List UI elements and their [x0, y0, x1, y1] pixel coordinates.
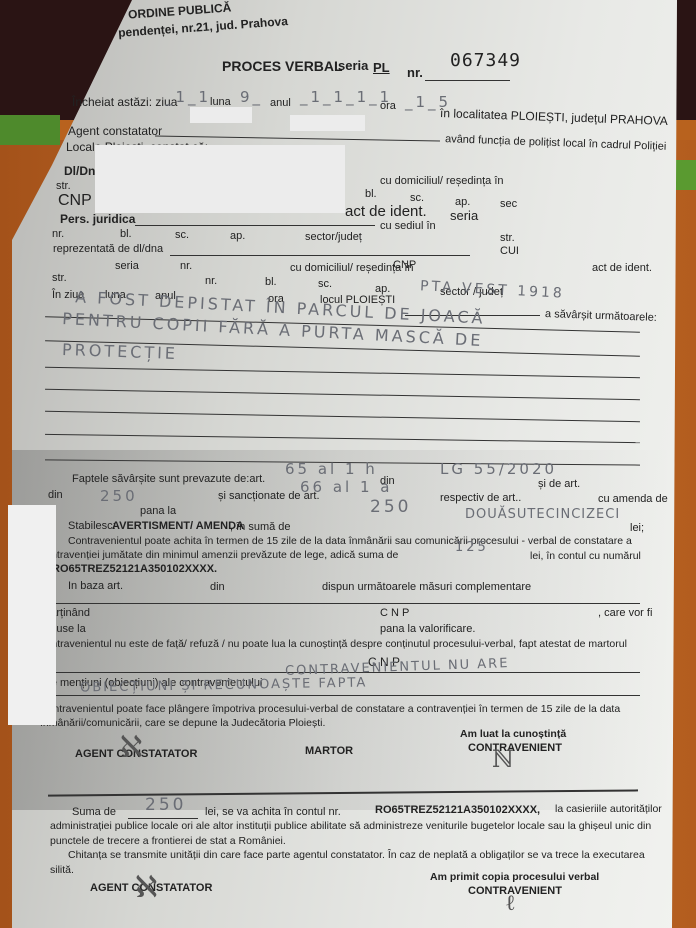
year-value: _1_1_1_1	[300, 88, 392, 106]
witness-text: Contravenientul nu este de față/ refuză …	[38, 638, 627, 650]
agent-label: Agent constatator	[68, 124, 162, 138]
currency-label: lei;	[630, 522, 644, 534]
represented-label: reprezentată de dl/dna	[53, 243, 163, 255]
objections-rule	[50, 695, 640, 696]
law-value: LG 55/2020	[440, 460, 557, 478]
fine-max-value: 250	[370, 497, 411, 517]
and-art-label: și de art.	[538, 478, 580, 490]
payment-text-4: punctele de trecere a frontierei de stat…	[50, 835, 286, 847]
payment-text-5: Chitanța se transmite unității din care …	[68, 849, 645, 861]
received-copy-label: Am primit copia procesului verbal	[430, 871, 599, 883]
redaction-box	[190, 107, 252, 123]
footer-offender-signature: ℓ	[505, 890, 516, 916]
half-text-1: Contravenientul poate achita în termen d…	[68, 535, 632, 547]
sec-label: sec	[500, 198, 517, 210]
payment-text-1: lei, se va achita în contul nr.	[205, 806, 341, 818]
concluded-label: Încheiat astăzi: ziua	[72, 95, 177, 109]
complaint-text-2: înmânării/comunicării, care se depune la…	[40, 717, 325, 729]
until-valorification-label: pana la valorificare.	[380, 623, 475, 635]
complaint-text-1: Contravenientul poate face plângere împo…	[40, 703, 620, 715]
establish-label: Stabilesc:	[68, 520, 116, 532]
based-on-label: In baza art.	[68, 580, 123, 592]
cnp-label: CNP	[393, 259, 416, 271]
payment-text-3: administrației publice locale ori ale al…	[50, 820, 651, 832]
background-grass	[0, 115, 60, 145]
series-label: seria	[338, 58, 368, 73]
bl-label: bl.	[120, 228, 132, 240]
legal-entity-underline	[135, 225, 375, 226]
from2-label: din	[48, 489, 63, 501]
legal-entity-label: Pers. juridica	[60, 212, 135, 226]
bl-label: bl.	[365, 188, 377, 200]
document-number: 067349	[450, 50, 521, 71]
bl2-label: bl.	[265, 276, 277, 288]
day-value: _1_1	[165, 88, 211, 106]
half-value: 125	[455, 540, 489, 555]
ap-label: ap.	[230, 230, 245, 242]
sc-label: sc.	[175, 229, 189, 241]
offender-signature-label: CONTRAVENIENT	[468, 742, 562, 754]
id-series-label: seria	[450, 208, 478, 223]
measures-label: dispun următoarele măsuri complementare	[322, 581, 531, 593]
ap-label: ap.	[455, 196, 470, 208]
document-title: PROCES VERBAL	[222, 58, 343, 74]
sum-underline	[128, 818, 198, 819]
fine-min-value: 250	[100, 487, 138, 505]
id-label: act de ident.	[345, 203, 427, 220]
month-value: 9_	[240, 88, 263, 106]
seat-label: cu sediul în	[380, 220, 436, 232]
fine-label: cu amenda de	[598, 493, 668, 505]
half-text-2: contravenției jumătate din minimul amenz…	[40, 549, 398, 561]
witness-signature-label: MARTOR	[305, 745, 353, 757]
cnp-label: CNP	[58, 192, 92, 210]
cui-label: CUI	[500, 245, 519, 257]
payment-text-2: la casieriile autorităților	[555, 803, 662, 815]
acknowledged-label: Am luat la cunoștință	[460, 728, 566, 740]
number-label: nr.	[407, 65, 423, 80]
payment-account: RO65TREZ52121A350102XXXX,	[375, 804, 540, 816]
establish-type: AVERTISMENT/ AMENDA	[112, 520, 244, 532]
footer-agent-signature: ℵ	[135, 870, 157, 905]
facts-article-value: 65 al 1 h	[285, 460, 378, 478]
respectively-label: respectiv de art..	[440, 492, 521, 504]
belonging-cnp-label: C N P	[380, 607, 409, 619]
nr-label: nr.	[52, 228, 64, 240]
sector-label: sector/județ	[305, 231, 362, 243]
street-label: str.	[500, 232, 515, 244]
redaction-box	[8, 505, 56, 725]
year-label: anul	[270, 97, 291, 109]
facts-label: Faptele săvârșite sunt prevazute de:art.	[72, 473, 265, 485]
sanction-article-value: 66 al 1 a	[300, 478, 393, 496]
number-underline	[425, 80, 510, 81]
id-series-label: seria	[115, 260, 139, 272]
offender-signature: ℕ	[492, 745, 514, 773]
series-value: PL	[373, 60, 390, 75]
payment-text-6: silită.	[50, 864, 74, 876]
half-text-3: lei, în contul cu numărul	[530, 550, 641, 562]
nr2-label: nr.	[180, 260, 192, 272]
amount-words-value: DOUĂSUTECINCIZECI	[465, 507, 620, 522]
will-be-label: , care vor fi	[598, 607, 652, 619]
measures-rule	[50, 603, 640, 604]
sum-label: Suma de	[72, 806, 116, 818]
offense-description-line-3: PROTECȚIE	[62, 340, 179, 363]
amount-label: , în sumă de	[230, 521, 291, 533]
domicile-label: cu domiciliul/ reședința în	[380, 175, 504, 187]
represented-underline	[170, 255, 470, 256]
street-label: str.	[56, 180, 71, 192]
until-label: pana la	[140, 505, 176, 517]
sum-value: 250	[145, 795, 186, 815]
from-label: din	[210, 581, 225, 593]
hour-label: ora	[380, 100, 396, 112]
street2-label: str.	[52, 272, 67, 284]
id-label: act de ident.	[592, 262, 652, 274]
nr3-label: nr.	[205, 275, 217, 287]
account-number: RO65TREZ52121A350102XXXX.	[52, 563, 217, 575]
redaction-box	[95, 145, 345, 213]
sc2-label: sc.	[318, 278, 332, 290]
redaction-box	[290, 115, 365, 131]
agent-signature: ℵ	[120, 730, 142, 765]
